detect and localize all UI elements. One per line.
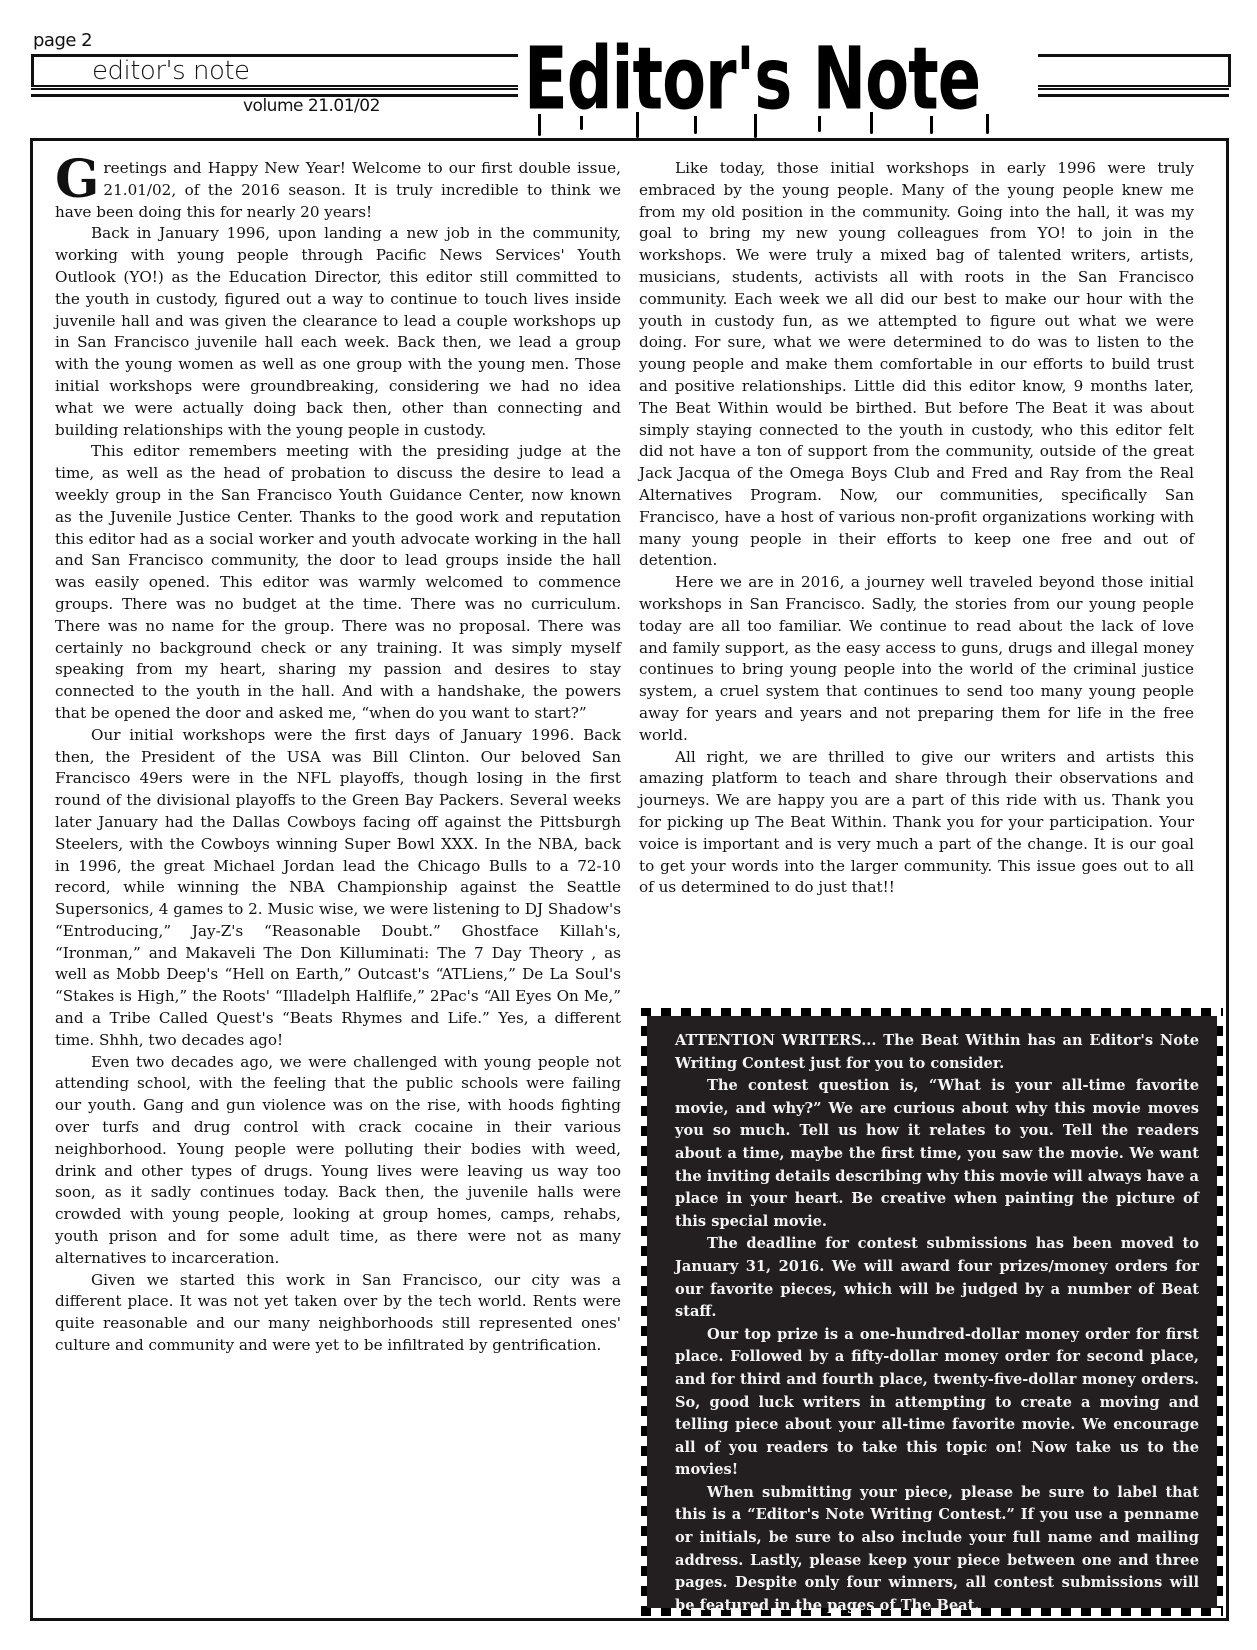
article-paragraph: Our initial workshops were the first day… — [55, 725, 621, 1052]
article-column-left: Greetings and Happy New Year! Welcome to… — [55, 158, 621, 1357]
article-paragraph: Back in January 1996, upon landing a new… — [55, 223, 621, 441]
contest-announcement-box: ATTENTION WRITERS... The Beat Within has… — [641, 1008, 1223, 1616]
contest-paragraph: ATTENTION WRITERS... The Beat Within has… — [675, 1030, 1199, 1075]
article-paragraph: All right, we are thrilled to give our w… — [639, 747, 1194, 900]
contest-box-inner: ATTENTION WRITERS... The Beat Within has… — [647, 1016, 1217, 1608]
drop-cap: G — [55, 160, 99, 200]
article-column-right: Like today, those initial workshops in e… — [639, 158, 1194, 899]
article-paragraph: Like today, those initial workshops in e… — [639, 158, 1194, 572]
contest-paragraph: When submitting your piece, please be su… — [675, 1482, 1199, 1618]
drip-decoration — [986, 114, 989, 134]
article-paragraph: Even two decades ago, we were challenged… — [55, 1052, 621, 1270]
article-paragraph: Greetings and Happy New Year! Welcome to… — [55, 158, 621, 223]
page-title: Editor's Note — [524, 30, 980, 130]
drip-decoration — [818, 116, 821, 132]
page-label: page 2 — [33, 30, 92, 51]
contest-paragraph: Our top prize is a one-hundred-dollar mo… — [675, 1324, 1199, 1482]
contest-paragraph: The deadline for contest submissions has… — [675, 1233, 1199, 1323]
drip-decoration — [580, 116, 583, 130]
drip-decoration — [636, 112, 639, 138]
drip-decoration — [538, 114, 541, 136]
drip-decoration — [870, 112, 873, 134]
drip-decoration — [694, 116, 697, 134]
article-box: Greetings and Happy New Year! Welcome to… — [30, 138, 1229, 1621]
drip-decoration — [930, 116, 933, 134]
drip-decoration — [754, 114, 757, 138]
volume-label: volume 21.01/02 — [243, 96, 380, 116]
article-paragraph: Here we are in 2016, a journey well trav… — [639, 572, 1194, 746]
title-logo: Editor's Note — [518, 20, 1038, 138]
article-paragraph: This editor remembers meeting with the p… — [55, 441, 621, 724]
article-paragraph: Given we started this work in San Franci… — [55, 1270, 621, 1357]
contest-paragraph: The contest question is, “What is your a… — [675, 1075, 1199, 1233]
section-name: editor's note — [92, 56, 250, 86]
